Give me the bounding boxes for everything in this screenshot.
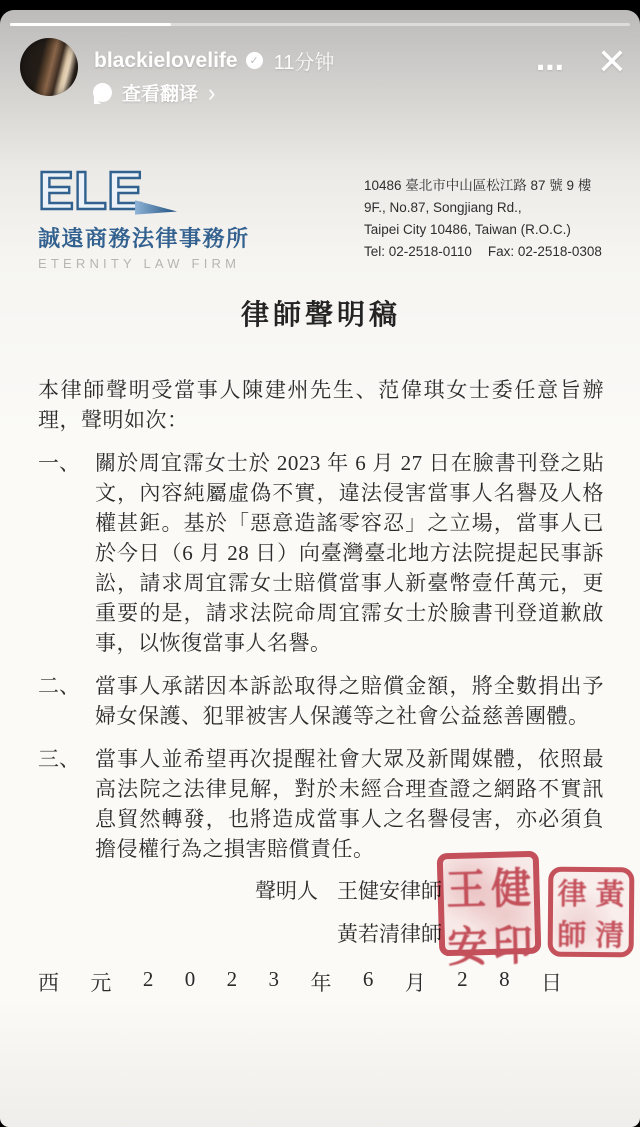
date-token: 元 bbox=[90, 967, 111, 997]
signer-name-1: 王健安律師 bbox=[337, 875, 442, 905]
address-line: Taipei City 10486, Taiwan (R.O.C.) bbox=[364, 219, 604, 241]
legal-statement-document: ELE 誠遠商務法律事務所 ETERNITY LAW FIRM 10486 臺北… bbox=[38, 155, 604, 997]
firm-address-block: 10486 臺北市中山區松江路 87 號 9 樓 9F., No.87, Son… bbox=[364, 155, 604, 263]
date-token: 月 bbox=[405, 967, 426, 997]
letterhead: ELE 誠遠商務法律事務所 ETERNITY LAW FIRM 10486 臺北… bbox=[38, 155, 604, 271]
document-title: 律師聲明稿 bbox=[38, 293, 604, 333]
item-text: 當事人承諾因本訴訟取得之賠償金額，將全數捐出予婦女保護、犯罪被害人保護等之社會公… bbox=[95, 671, 604, 731]
statement-item-3: 三、 當事人並希望再次提醒社會大眾及新聞媒體，依照最高法院之法律見解，對於未經合… bbox=[38, 744, 604, 864]
item-number: 二、 bbox=[38, 671, 95, 731]
phone-number: Tel: 02-2518-0110 bbox=[364, 241, 472, 263]
verified-badge-icon: ✓ bbox=[246, 52, 263, 69]
statement-item-1: 一、 關於周宜霈女士於 2023 年 6 月 27 日在臉書刊登之貼文，內容純屬… bbox=[38, 448, 604, 658]
firm-logo: ELE 誠遠商務法律事務所 ETERNITY LAW FIRM bbox=[38, 155, 250, 271]
firm-logo-acronym: ELE bbox=[38, 167, 143, 217]
date-token: 年 bbox=[310, 967, 331, 997]
statement-item-2: 二、 當事人承諾因本訴訟取得之賠償金額，將全數捐出予婦女保護、犯罪被害人保護等之… bbox=[38, 671, 604, 731]
red-seal-wang-jian-an: 王 健 安 印 bbox=[437, 850, 542, 956]
avatar[interactable] bbox=[20, 38, 78, 96]
item-text: 關於周宜霈女士於 2023 年 6 月 27 日在臉書刊登之貼文，內容純屬虛偽不… bbox=[95, 448, 604, 658]
translate-label: 查看翻译 bbox=[122, 79, 198, 106]
date-token: 日 bbox=[541, 967, 562, 997]
address-line: 10486 臺北市中山區松江路 87 號 9 樓 bbox=[364, 175, 604, 197]
fax-number: Fax: 02-2518-0308 bbox=[488, 241, 602, 263]
address-line: 9F., No.87, Songjiang Rd., bbox=[364, 197, 604, 219]
translate-button[interactable]: 查看翻译 › bbox=[93, 79, 215, 106]
date-token: 0 bbox=[185, 967, 196, 997]
date-token: 2 bbox=[143, 967, 154, 997]
username[interactable]: blackielovelife bbox=[94, 49, 238, 73]
date-token: 2 bbox=[227, 967, 238, 997]
story-progress-bar bbox=[10, 23, 630, 26]
date-token: 6 bbox=[363, 967, 374, 997]
chevron-right-icon: › bbox=[208, 80, 215, 105]
signature-label: 聲明人 bbox=[255, 875, 318, 905]
story-user-row: blackielovelife ✓ 11分钟 bbox=[94, 46, 334, 75]
firm-name-en: ETERNITY LAW FIRM bbox=[38, 256, 250, 271]
date-token: 3 bbox=[269, 967, 280, 997]
signer-name-2: 黃若清律師 bbox=[337, 918, 442, 948]
story-progress-fill bbox=[10, 23, 171, 26]
item-text: 當事人並希望再次提醒社會大眾及新聞媒體，依照最高法院之法律見解，對於未經合理查證… bbox=[95, 744, 604, 864]
signature-block: 聲明人 王健安律師 黃若清律師 王 健 安 印 律 黃 師 清 bbox=[38, 874, 604, 967]
more-options-button[interactable]: ⋯ bbox=[536, 54, 564, 82]
date-token: 西 bbox=[38, 967, 59, 997]
story-timestamp: 11分钟 bbox=[274, 46, 335, 75]
red-seal-huang-ruo-qing: 律 黃 師 清 bbox=[548, 866, 635, 957]
chat-bubble-icon bbox=[93, 83, 112, 102]
document-intro: 本律師聲明受當事人陳建州先生、范偉琪女士委任意旨辦理，聲明如次： bbox=[38, 375, 604, 435]
firm-name-zh: 誠遠商務法律事務所 bbox=[38, 222, 250, 253]
item-number: 一、 bbox=[38, 448, 95, 658]
close-button[interactable]: ✕ bbox=[597, 44, 627, 80]
story-card: blackielovelife ✓ 11分钟 查看翻译 › ⋯ ✕ ELE 誠遠… bbox=[0, 10, 640, 1127]
item-number: 三、 bbox=[38, 744, 95, 864]
